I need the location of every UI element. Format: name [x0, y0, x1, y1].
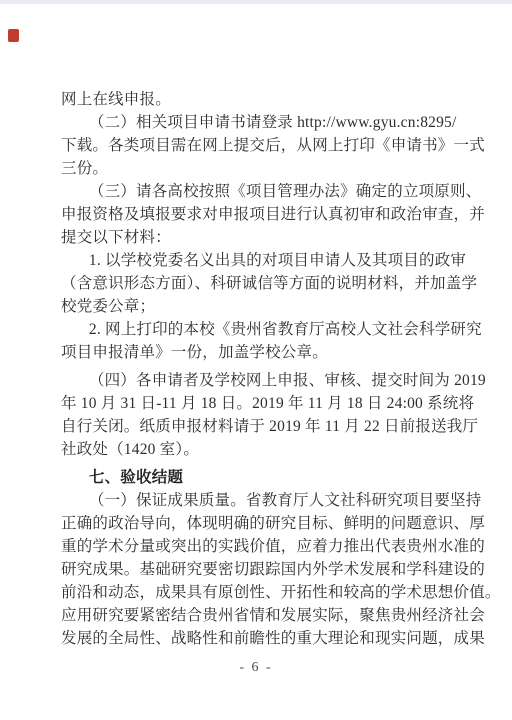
document-line: 应用研究要紧密结合贵州省情和发展实际，聚焦贵州经济社会 [61, 604, 457, 627]
document-line: 研究成果。基础研究要密切跟踪国内外学术发展和学科建设的 [61, 558, 457, 581]
document-line: 前沿和动态，成果具有原创性、开拓性和较高的学术思想价值。 [61, 581, 457, 604]
document-line: 年 10 月 31 日-11 月 18 日。2019 年 11 月 18 日 2… [61, 392, 457, 415]
document-line: 项目申报清单》一份，加盖学校公章。 [61, 341, 457, 364]
document-line: （三）请各高校按照《项目管理办法》确定的立项原则、 [61, 180, 457, 203]
document-line: 校党委公章； [61, 295, 457, 318]
document-line: 2. 网上打印的本校《贵州省教育厅高校人文社会科学研究 [61, 318, 457, 341]
document-line: 网上在线申报。 [61, 88, 457, 111]
document-line: 发展的全局性、战略性和前瞻性的重大理论和现实问题，成果 [61, 627, 457, 650]
scanned-document-page: 网上在线申报。（二）相关项目申请书请登录 http://www.gyu.cn:8… [0, 0, 512, 720]
top-border-bar [0, 0, 512, 4]
document-line: 1. 以学校党委名义出具的对项目申请人及其项目的政审 [61, 249, 457, 272]
document-line: （含意识形态方面）、科研诚信等方面的说明材料，并加盖学 [61, 272, 457, 295]
red-seal-mark [8, 29, 19, 42]
document-body: 网上在线申报。（二）相关项目申请书请登录 http://www.gyu.cn:8… [61, 88, 457, 650]
document-line: 正确的政治导向，体现明确的研究目标、鲜明的问题意识、厚 [61, 512, 457, 535]
document-line: （四）各申请者及学校网上申报、审核、提交时间为 2019 [61, 369, 457, 392]
page-number: - 6 - [0, 660, 512, 676]
document-line: 重的学术分量或突出的实践价值，应着力推出代表贵州水准的 [61, 535, 457, 558]
document-line: 提交以下材料： [61, 226, 457, 249]
section-heading: 七、验收结题 [61, 466, 457, 489]
document-line: 社政处（1420 室）。 [61, 438, 457, 461]
document-line: 三份。 [61, 157, 457, 180]
document-line: 申报资格及填报要求对申报项目进行认真初审和政治审查，并 [61, 203, 457, 226]
document-line: （一）保证成果质量。省教育厅人文社科研究项目要坚持 [61, 489, 457, 512]
document-line: 自行关闭。纸质申报材料请于 2019 年 11 月 22 日前报送我厅 [61, 415, 457, 438]
document-line: 下载。各类项目需在网上提交后，从网上打印《申请书》一式 [61, 134, 457, 157]
document-line: （二）相关项目申请书请登录 http://www.gyu.cn:8295/ [61, 111, 457, 134]
